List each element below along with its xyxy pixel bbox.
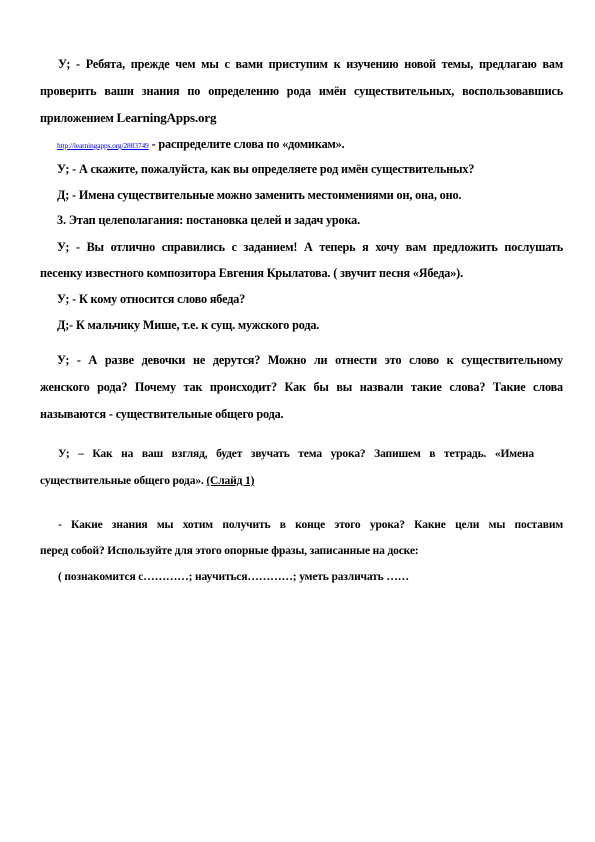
paragraph-gender-line-1: У; - А разве девочки не дерутся? Можно л… <box>57 353 563 367</box>
student-answer-1: Д; - Имена существительные можно заменит… <box>57 188 461 202</box>
paragraph-topic-line-1: У; – Как на ваш взгляд, будет звучать те… <box>58 447 534 461</box>
paragraph-intro-line-2: проверить ваши знания по определению род… <box>40 84 563 98</box>
student-answer-2: Д;- К мальчику Мише, т.е. к сущ. мужског… <box>57 318 319 332</box>
app-name: LearningApps.org <box>117 110 217 125</box>
paragraph-gender-line-3: называются - существительные общего рода… <box>40 407 283 421</box>
paragraph-intro-line-3: приложением LearningApps.org <box>40 111 216 125</box>
paragraph-goals-line-2: перед собой? Используйте для этого опорн… <box>40 544 419 558</box>
learningapps-link[interactable]: http://learningapps.org/2883749 <box>57 141 149 150</box>
teacher-question-2: У; - К кому относится слово ябеда? <box>57 292 245 306</box>
paragraph-intro-text: приложением <box>40 111 117 125</box>
document-page: У; - Ребята, прежде чем мы с вами присту… <box>0 0 595 842</box>
paragraph-goals-line-1: - Какие знания мы хотим получить в конце… <box>58 518 563 532</box>
link-line: http://learningapps.org/2883749 - распре… <box>57 137 345 153</box>
paragraph-gender-line-2: женского рода? Почему так происходит? Ка… <box>40 380 563 394</box>
paragraph-song-line-1: У; - Вы отлично справились с заданием! А… <box>57 240 563 254</box>
link-instruction: - распределите слова по «домикам». <box>149 137 345 151</box>
paragraph-topic-line-2: существительные общего рода». (Слайд 1) <box>40 474 254 488</box>
paragraph-intro-line-1: У; - Ребята, прежде чем мы с вами присту… <box>58 57 563 71</box>
paragraph-goals-line-3: ( познакомится с…………; научиться…………; уме… <box>58 570 409 584</box>
lesson-topic: существительные общего рода». <box>40 475 206 487</box>
paragraph-song-line-2: песенку известного композитора Евгения К… <box>40 266 463 280</box>
teacher-question-1: У; - А скажите, пожалуйста, как вы опред… <box>57 162 474 176</box>
section-heading: 3. Этап целеполагания: постановка целей … <box>57 213 360 227</box>
slide-reference: (Слайд 1) <box>206 475 254 487</box>
